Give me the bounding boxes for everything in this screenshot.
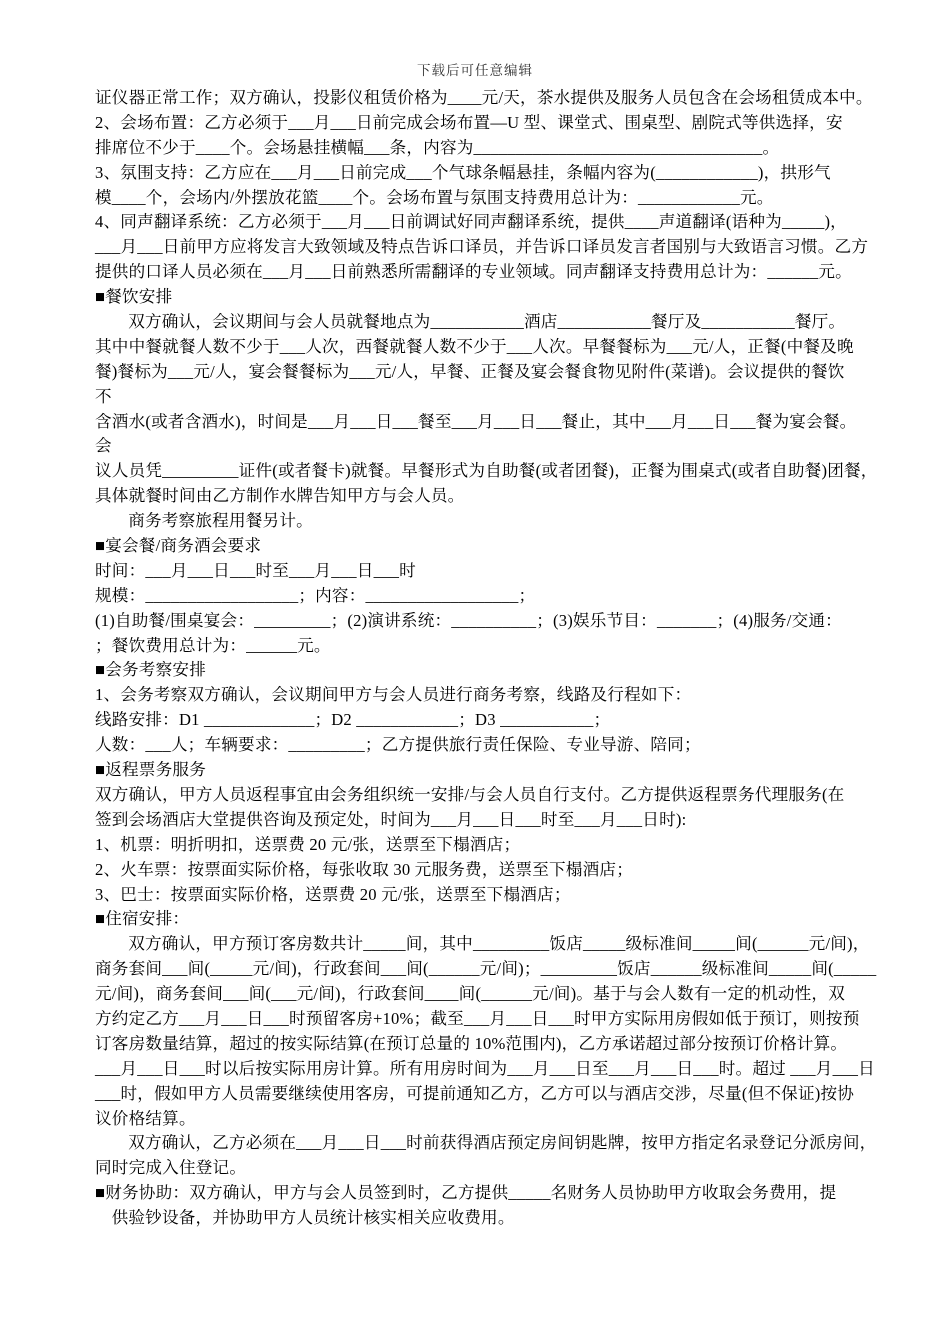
document-line: 规模：__________________；内容：_______________… bbox=[95, 584, 865, 609]
document-line: ■餐饮安排 bbox=[95, 285, 865, 310]
document-line: 模____个，会场内/外摆放花篮____个。会场布置与氛围支持费用总计为：___… bbox=[95, 186, 865, 211]
document-line: 双方确认，会议期间与会人员就餐地点为___________酒店_________… bbox=[95, 310, 865, 335]
document-line: 线路安排：D1 _____________；D2 ____________；D3… bbox=[95, 708, 865, 733]
document-line: 商务考察旅程用餐另计。 bbox=[95, 509, 865, 534]
document-body: 证仪器正常工作；双方确认，投影仪租赁价格为____元/天，茶水提供及服务人员包含… bbox=[95, 86, 865, 1231]
document-line: ___时，假如甲方人员需要继续使用客房，可提前通知乙方，乙方可以与酒店交涉，尽量… bbox=[95, 1082, 865, 1107]
document-line: 提供的口译人员必须在___月___日前熟悉所需翻译的专业领域。同声翻译支持费用总… bbox=[95, 260, 865, 285]
document-line: 会 bbox=[95, 434, 865, 459]
document-line: 1、机票：明折明扣，送票费 20 元/张，送票至下榻酒店； bbox=[95, 833, 865, 858]
document-line: 3、氛围支持：乙方应在___月___日前完成___个气球条幅悬挂，条幅内容为(_… bbox=[95, 161, 865, 186]
document-line: 其中中餐就餐人数不少于___人次，西餐就餐人数不少于___人次。早餐餐标为___… bbox=[95, 335, 865, 360]
document-line: 4、同声翻译系统：乙方必须于___月___日前调试好同声翻译系统，提供____声… bbox=[95, 210, 865, 235]
document-line: 证仪器正常工作；双方确认，投影仪租赁价格为____元/天，茶水提供及服务人员包含… bbox=[95, 86, 865, 111]
page-header-note: 下载后可任意编辑 bbox=[0, 59, 950, 79]
document-line: 时间：___月___日___时至___月___日___时 bbox=[95, 559, 865, 584]
document-line: 签到会场酒店大堂提供咨询及预定处，时间为___月___日___时至___月___… bbox=[95, 808, 865, 833]
document-line: 双方确认，甲方人员返程事宜由会务组织统一安排/与会人员自行支付。乙方提供返程票务… bbox=[95, 783, 865, 808]
document-line: 元/间)，商务套间___间(___元/间)，行政套间____间(______元/… bbox=[95, 982, 865, 1007]
document-line: ___月___日___时以后按实际用房计算。所有用房时间为___月___日至__… bbox=[95, 1057, 865, 1082]
document-line: ■会务考察安排 bbox=[95, 658, 865, 683]
document-line: 双方确认，甲方预订客房数共计_____间，其中_________饭店_____级… bbox=[95, 932, 865, 957]
document-line: 订客房数量结算，超过的按实际结算(在预订总量的 10%范围内)，乙方承诺超过部分… bbox=[95, 1032, 865, 1057]
document-line: 2、火车票：按票面实际价格，每张收取 30 元服务费，送票至下榻酒店； bbox=[95, 858, 865, 883]
document-line: ___月___日前甲方应将发言大致领域及特点告诉口译员，并告诉口译员发言者国别与… bbox=[95, 235, 865, 260]
document-line: 双方确认，乙方必须在___月___日___时前获得酒店预定房间钥匙牌，按甲方指定… bbox=[95, 1131, 865, 1156]
document-line: 同时完成入住登记。 bbox=[95, 1156, 865, 1181]
document-line: ■住宿安排： bbox=[95, 907, 865, 932]
document-line: 3、巴士：按票面实际价格，送票费 20 元/张，送票至下榻酒店； bbox=[95, 883, 865, 908]
document-line: 含酒水(或者含酒水)，时间是___月___日___餐至___月___日___餐止… bbox=[95, 410, 865, 435]
document-line: 供验钞设备，并协助甲方人员统计核实相关应收费用。 bbox=[95, 1206, 865, 1231]
document-line: 商务套间___间(_____元/间)，行政套间___间(______元/间)；_… bbox=[95, 957, 865, 982]
document-line: 1、会务考察双方确认，会议期间甲方与会人员进行商务考察，线路及行程如下： bbox=[95, 683, 865, 708]
document-line: (1)自助餐/围桌宴会：_________；(2)演讲系统：__________… bbox=[95, 609, 865, 634]
document-line: 餐)餐标为___元/人，宴会餐餐标为___元/人，早餐、正餐及宴会餐食物见附件(… bbox=[95, 360, 865, 385]
document-page: 下载后可任意编辑 证仪器正常工作；双方确认，投影仪租赁价格为____元/天，茶水… bbox=[0, 0, 950, 1344]
document-line: ■财务协助：双方确认，甲方与会人员签到时，乙方提供_____名财务人员协助甲方收… bbox=[95, 1181, 865, 1206]
document-line: 不 bbox=[95, 385, 865, 410]
document-line: ■宴会餐/商务酒会要求 bbox=[95, 534, 865, 559]
document-line: 排席位不少于____个。会场悬挂横幅___条，内容为______________… bbox=[95, 136, 865, 161]
document-line: 人数：___人；车辆要求：_________；乙方提供旅行责任保险、专业导游、陪… bbox=[95, 733, 865, 758]
document-line: 2、会场布置：乙方必须于___月___日前完成会场布置—U 型、课堂式、围桌型、… bbox=[95, 111, 865, 136]
document-line: 议人员凭_________证件(或者餐卡)就餐。早餐形式为自助餐(或者团餐)，正… bbox=[95, 459, 865, 484]
document-line: 议价格结算。 bbox=[95, 1107, 865, 1132]
document-line: ；餐饮费用总计为：______元。 bbox=[95, 634, 865, 659]
document-line: 具体就餐时间由乙方制作水牌告知甲方与会人员。 bbox=[95, 484, 865, 509]
document-line: ■返程票务服务 bbox=[95, 758, 865, 783]
document-line: 方约定乙方___月___日___时预留客房+10%；截至___月___日___时… bbox=[95, 1007, 865, 1032]
